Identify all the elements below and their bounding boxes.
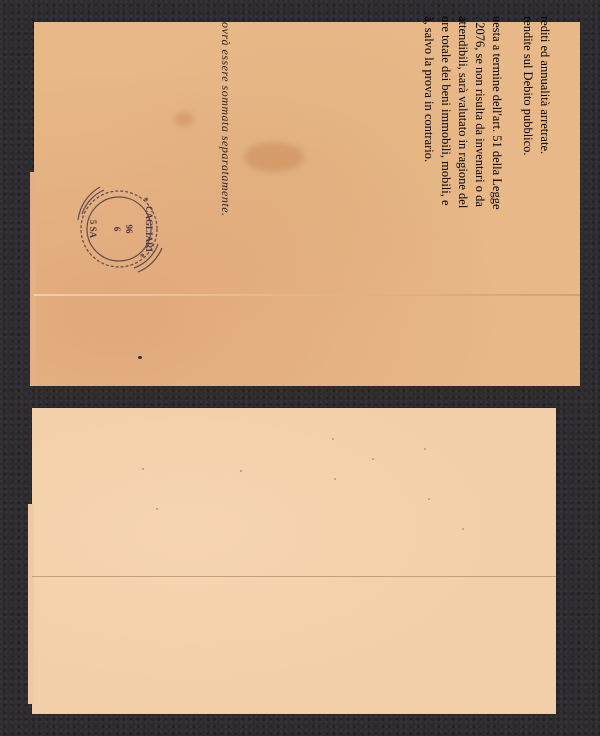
speck bbox=[428, 498, 430, 500]
text-line: ore totale dei beni immobili, mobili, e bbox=[437, 16, 454, 236]
speck bbox=[462, 528, 464, 530]
text-line: . 2076, se non risulta da inventari o da bbox=[471, 16, 488, 236]
speck bbox=[142, 468, 144, 470]
speck bbox=[240, 470, 242, 472]
postmark-stamp-icon: CAGLIARI 96 6 5 SA * * bbox=[74, 184, 164, 274]
postmark-prefix: 5 SA bbox=[88, 220, 98, 239]
printed-text-block: rediti ed annualità arretrate. rendite s… bbox=[420, 16, 553, 236]
svg-text:*: * bbox=[144, 196, 149, 206]
text-line: uesta a termine dell'art. 51 della Legge bbox=[488, 16, 505, 236]
fold-crease bbox=[32, 576, 556, 577]
speck bbox=[372, 458, 374, 460]
ink-spot bbox=[138, 356, 142, 359]
spacer bbox=[505, 16, 519, 236]
postmark-day: 6 bbox=[112, 227, 122, 232]
speck bbox=[424, 448, 426, 450]
postmark-city: CAGLIARI bbox=[144, 206, 154, 253]
speck bbox=[334, 478, 336, 480]
stain bbox=[244, 142, 304, 172]
document-back-sheet bbox=[32, 408, 556, 714]
fold-crease bbox=[34, 294, 580, 296]
italic-note: ovrà essere sommata separatamente. bbox=[218, 22, 233, 217]
paper-flap bbox=[28, 504, 34, 704]
postmark-year: 96 bbox=[124, 225, 134, 235]
speck bbox=[332, 438, 334, 440]
svg-text:*: * bbox=[140, 252, 145, 262]
stain bbox=[174, 112, 194, 126]
torn-edge bbox=[30, 172, 36, 386]
text-line: à, salvo la prova in contrario. bbox=[420, 16, 437, 236]
text-line: rendite sul Debito pubblico. bbox=[519, 16, 536, 236]
text-line: rediti ed annualità arretrate. bbox=[536, 16, 553, 236]
text-line: attendibili, sarà valutato in ragione de… bbox=[454, 16, 471, 236]
speck bbox=[156, 508, 158, 510]
document-front-sheet: rediti ed annualità arretrate. rendite s… bbox=[34, 22, 580, 386]
